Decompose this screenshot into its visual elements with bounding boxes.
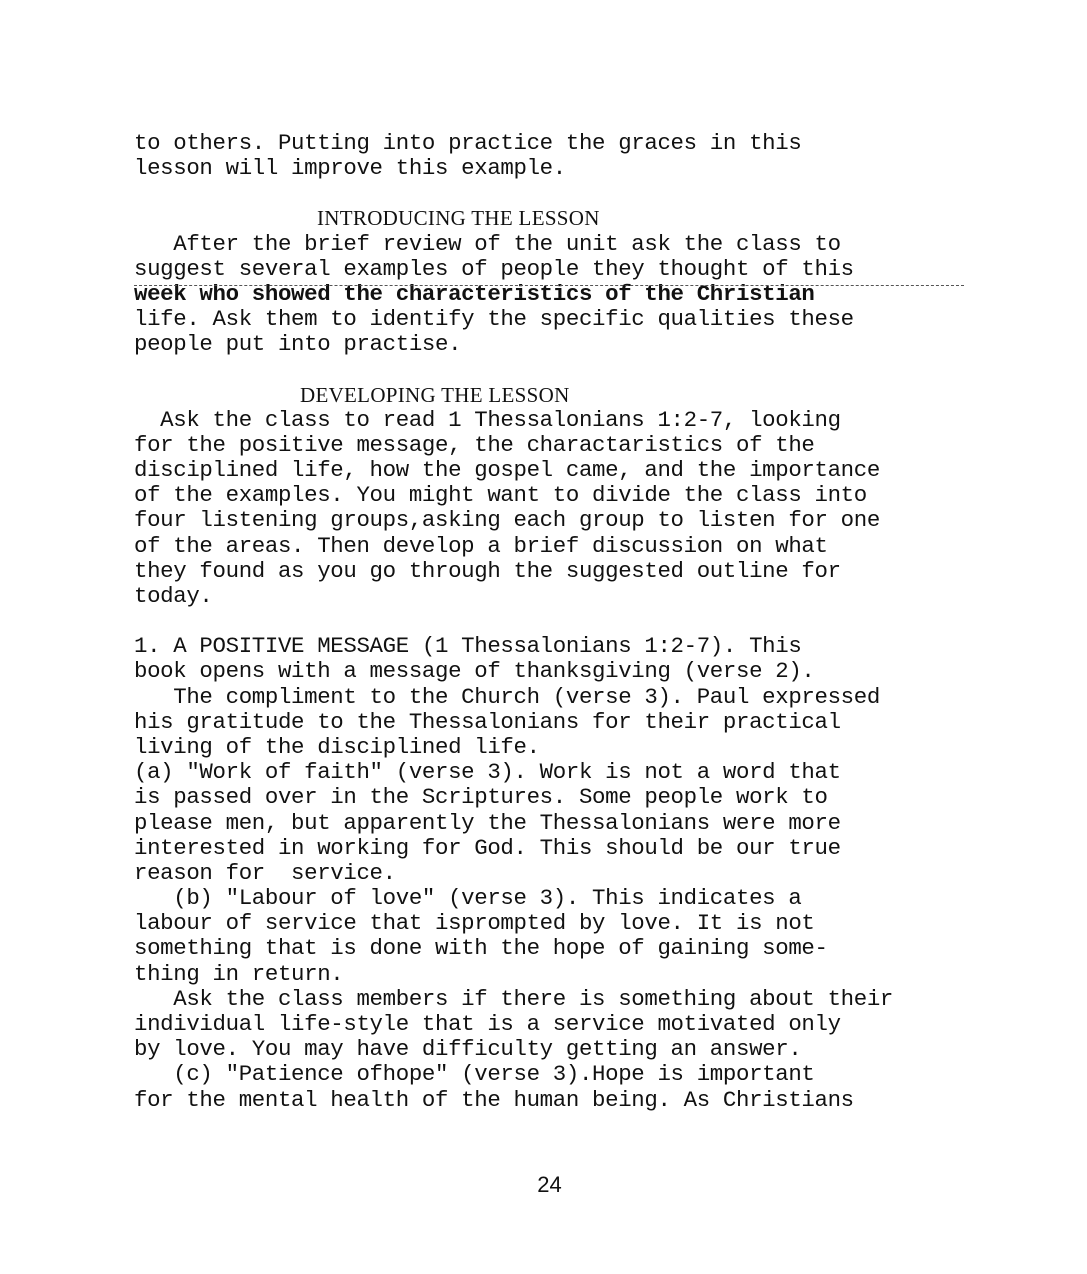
text-line: 1. A POSITIVE MESSAGE (1 Thessalonians 1… (134, 634, 1034, 659)
page-number: 24 (0, 1172, 1087, 1198)
text-line: book opens with a message of thanksgivin… (134, 659, 1034, 684)
text-line: suggest several examples of people they … (134, 257, 1034, 282)
text-line: After the brief review of the unit ask t… (134, 232, 1034, 257)
text-line: of the areas. Then develop a brief discu… (134, 534, 1034, 559)
text-line: (a) "Work of faith" (verse 3). Work is n… (134, 760, 1034, 785)
text-line: for the mental health of the human being… (134, 1088, 1034, 1113)
text-line: four listening groups,asking each group … (134, 508, 1034, 533)
text-line: is passed over in the Scriptures. Some p… (134, 785, 1034, 810)
text-line: labour of service that isprompted by lov… (134, 911, 1034, 936)
text-line: please men, but apparently the Thessalon… (134, 811, 1034, 836)
section-developing-the-lesson: DEVELOPING THE LESSON Ask the class to r… (134, 383, 1034, 610)
text-line: of the examples. You might want to divid… (134, 483, 1034, 508)
text-line: to others. Putting into practice the gra… (134, 131, 1034, 156)
typewriter-underline-mark (134, 285, 964, 286)
text-line: they found as you go through the suggest… (134, 559, 1034, 584)
text-line: today. (134, 584, 1034, 609)
text-line: for the positive message, the charactari… (134, 433, 1034, 458)
text-line: reason for service. (134, 861, 1034, 886)
text-line: people put into practise. (134, 332, 1034, 357)
text-line: The compliment to the Church (verse 3). … (134, 685, 1034, 710)
text-line: something that is done with the hope of … (134, 936, 1034, 961)
text-line: interested in working for God. This shou… (134, 836, 1034, 861)
text-line: (c) "Patience ofhope" (verse 3).Hope is … (134, 1062, 1034, 1087)
document-page: to others. Putting into practice the gra… (134, 131, 1034, 1113)
text-line: disciplined life, how the gospel came, a… (134, 458, 1034, 483)
section-introducing-the-lesson: INTRODUCING THE LESSON After the brief r… (134, 206, 1034, 357)
text-line: thing in return. (134, 962, 1034, 987)
section-heading: DEVELOPING THE LESSON (134, 383, 1034, 408)
text-line: life. Ask them to identify the specific … (134, 307, 1034, 332)
text-line: living of the disciplined life. (134, 735, 1034, 760)
section-positive-message: 1. A POSITIVE MESSAGE (1 Thessalonians 1… (134, 634, 1034, 1113)
text-line: Ask the class to read 1 Thessalonians 1:… (134, 408, 1034, 433)
text-line: individual life-style that is a service … (134, 1012, 1034, 1037)
text-line: (b) "Labour of love" (verse 3). This ind… (134, 886, 1034, 911)
text-line: Ask the class members if there is someth… (134, 987, 1034, 1012)
intro-paragraph: to others. Putting into practice the gra… (134, 131, 1034, 181)
text-line: his gratitude to the Thessalonians for t… (134, 710, 1034, 735)
text-line: by love. You may have difficulty getting… (134, 1037, 1034, 1062)
text-line: lesson will improve this example. (134, 156, 1034, 181)
section-heading: INTRODUCING THE LESSON (134, 206, 1034, 231)
